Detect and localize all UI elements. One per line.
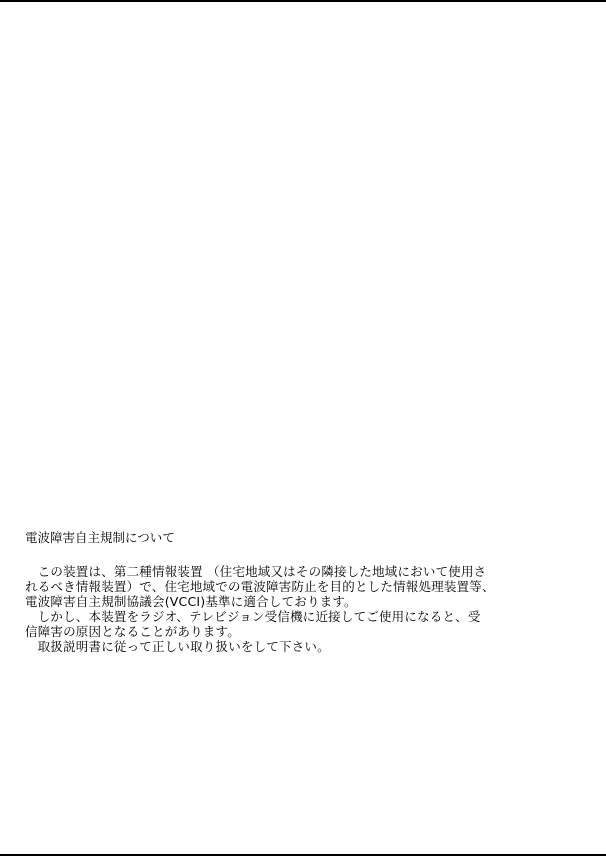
notice-line: 信障害の原因となることがあります。	[25, 624, 585, 639]
top-rule	[0, 0, 606, 2]
notice-line: 取扱説明書に従って正しい取り扱いをして下さい。	[25, 639, 585, 654]
notice-line: しかし、本装置をラジオ、テレビジョン受信機に近接してご使用になると、受	[25, 609, 585, 624]
notice-title: 電波障害自主規制について	[25, 530, 585, 545]
notice-body: この装置は、第二種情報装置 （住宅地域又はその隣接した地域において使用さ れるべ…	[25, 564, 585, 654]
notice-line: れるべき情報装置）で、住宅地域での電波障害防止を目的とした情報処理装置等、	[25, 579, 585, 594]
notice-line: この装置は、第二種情報装置 （住宅地域又はその隣接した地域において使用さ	[25, 564, 585, 579]
notice-line: 電波障害自主規制協議会(VCCI)基準に適合しております。	[25, 594, 585, 609]
vcci-notice: 電波障害自主規制について この装置は、第二種情報装置 （住宅地域又はその隣接した…	[25, 530, 585, 654]
